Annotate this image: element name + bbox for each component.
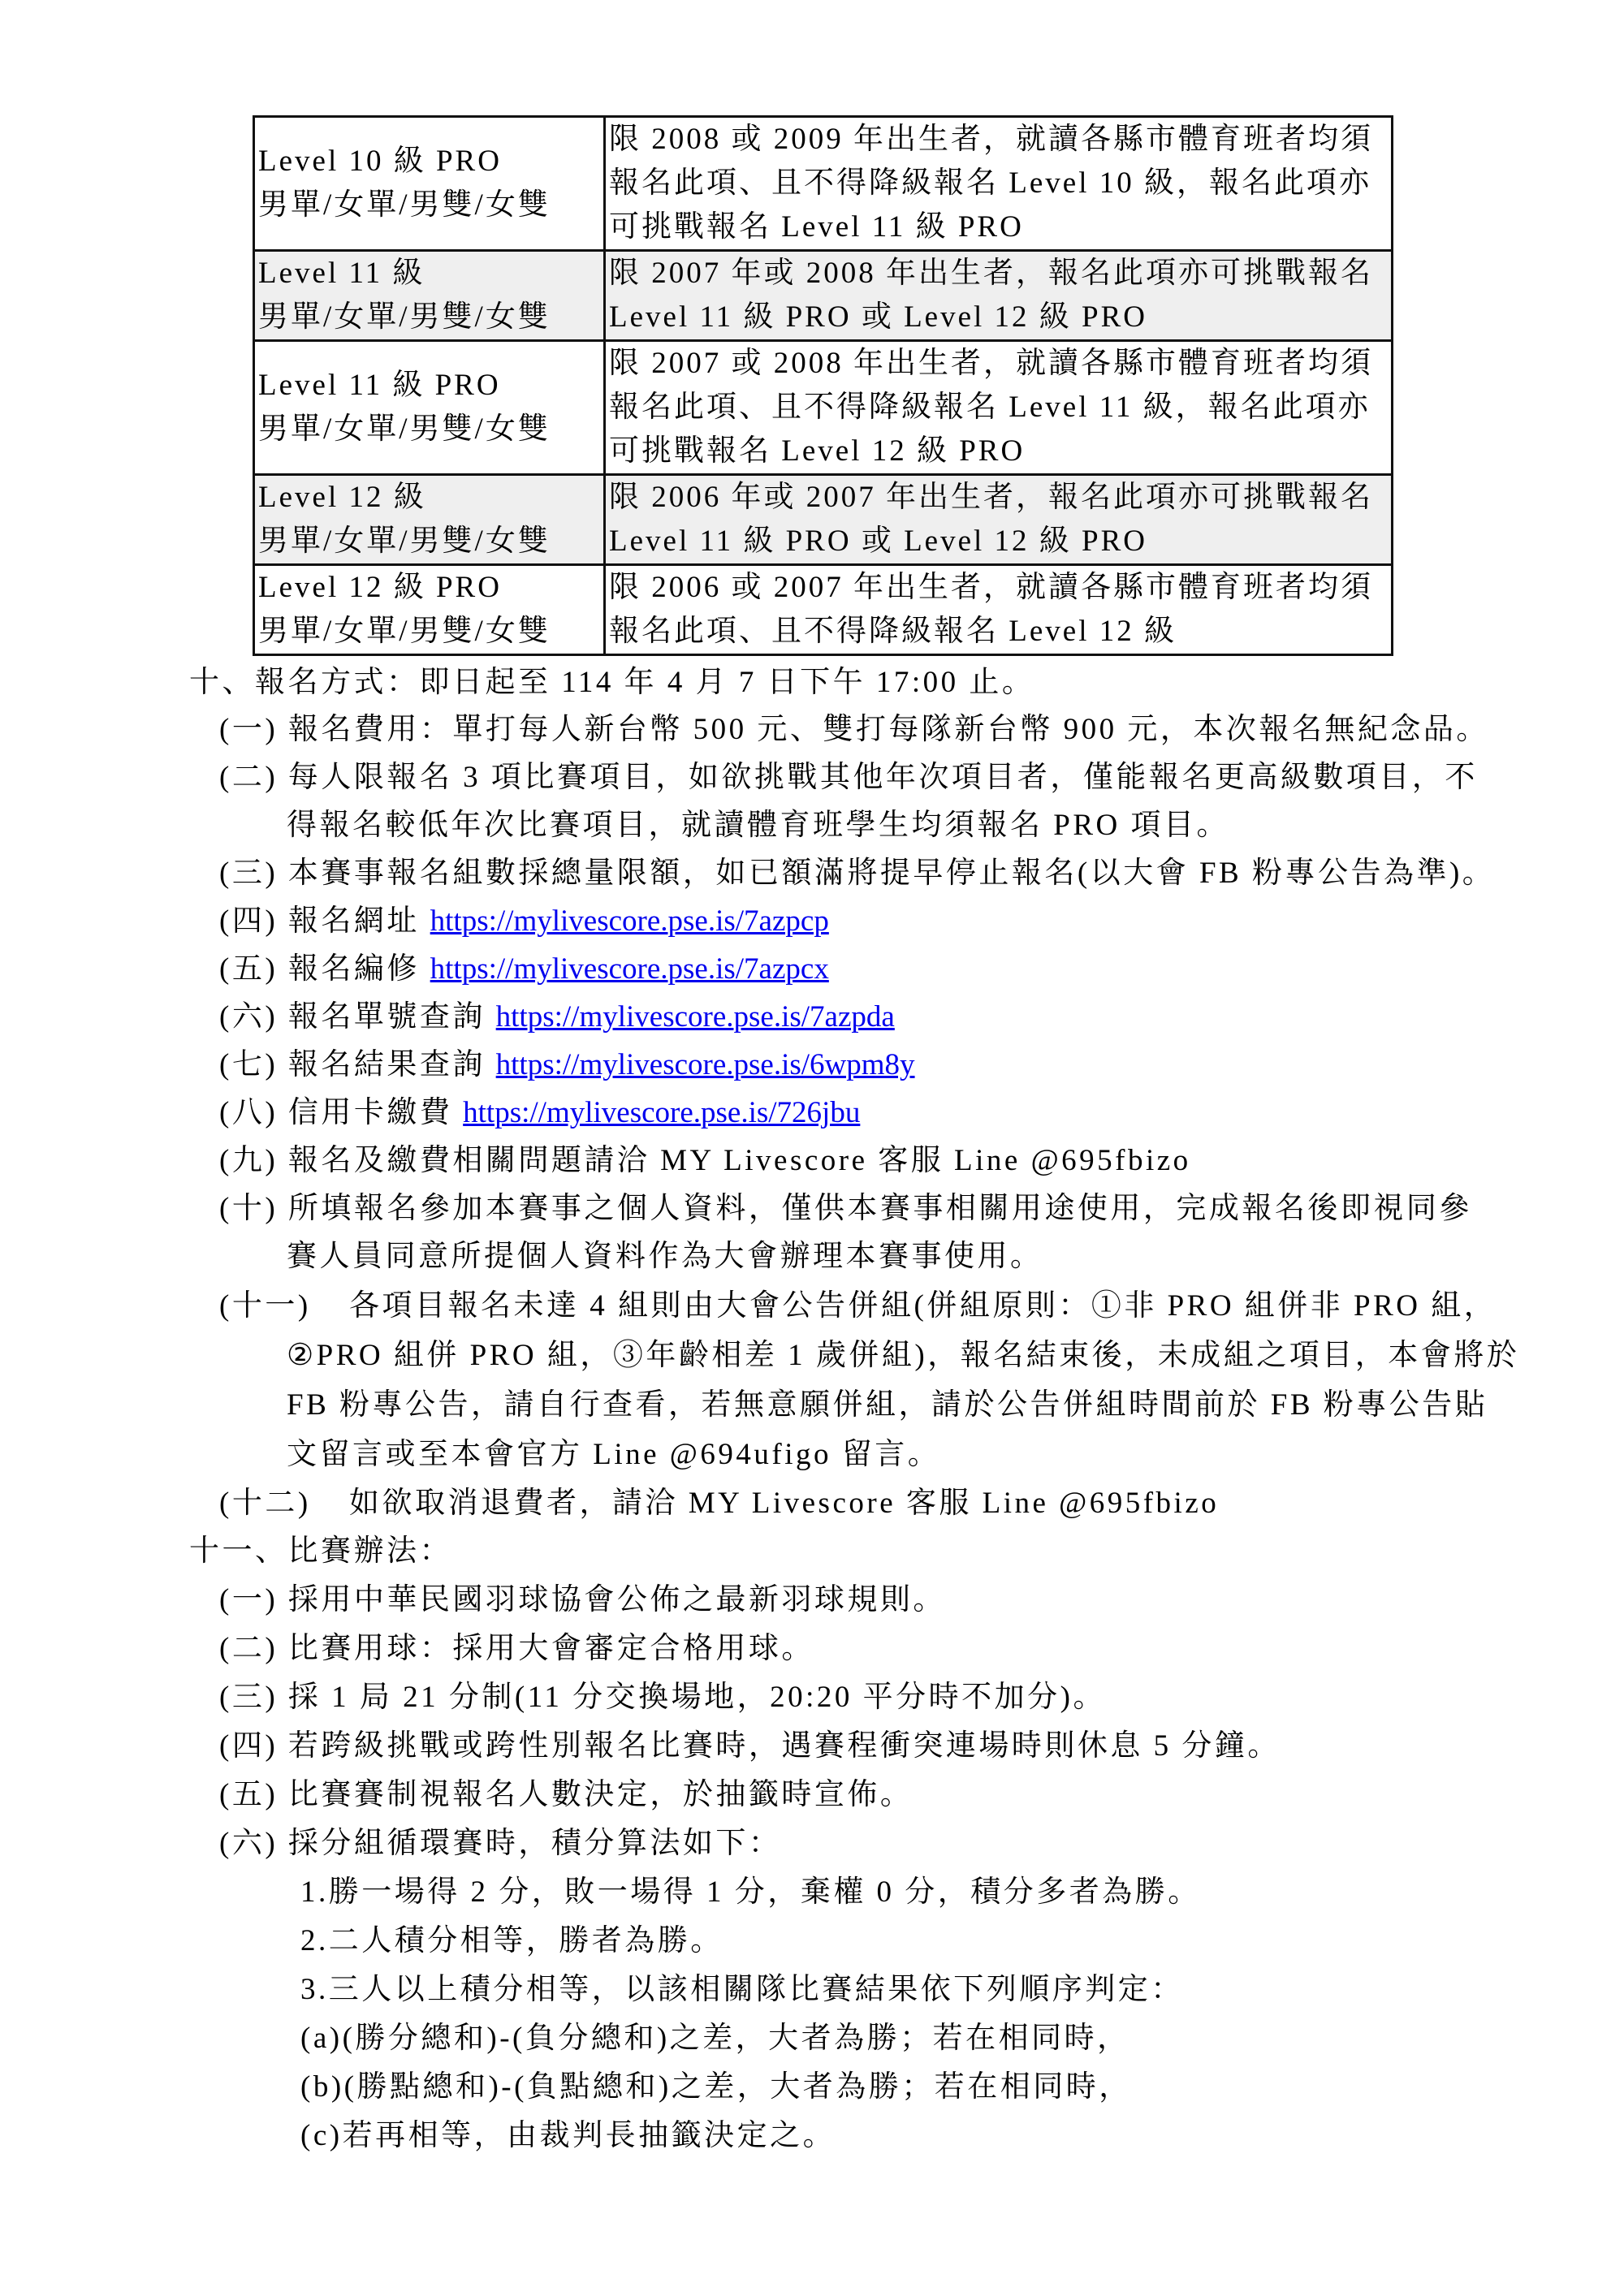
item-marker: (八) [219, 1089, 278, 1137]
item-text: 比賽賽制視報名人數決定，於抽籤時宣佈。 [288, 1778, 914, 1811]
item-marker: (六) [219, 1819, 278, 1867]
item-marker: (六) [219, 993, 278, 1041]
item-marker: (十) [219, 1185, 278, 1232]
level-events: 男單/女單/男雙/女雙 [258, 296, 600, 339]
eligibility-line: 限 2007 年或 2008 年出生者，報名此項亦可挑戰報名 [609, 252, 1388, 296]
eligibility-line: 限 2007 或 2008 年出生者，就讀各縣市體育班者均須 [609, 342, 1388, 386]
list-item-continuation: 賽人員同意所提個人資料作為大會辦理本賽事使用。 [287, 1232, 1043, 1280]
item-marker: (三) [219, 1673, 278, 1721]
level-name: Level 10 級 PRO [258, 140, 600, 183]
scoring-rule: 1.勝一場得 2 分，敗一場得 1 分，棄權 0 分，積分多者為勝。 [300, 1868, 1201, 1916]
item-text: 報名及繳費相關問題請洽 MY Livescore 客服 Line @695fbi… [288, 1144, 1191, 1177]
level-cell: Level 10 級 PRO 男單/女單/男雙/女雙 [254, 117, 605, 251]
list-item: (九) 報名及繳費相關問題請洽 MY Livescore 客服 Line @69… [219, 1137, 1191, 1185]
item-text: 報名費用：單打每人新台幣 500 元、雙打每隊新台幣 900 元，本次報名無紀念… [288, 713, 1489, 746]
registration-link[interactable]: https://mylivescore.pse.is/7azpcp [430, 904, 829, 938]
item-label: 報名結果查詢 [288, 1048, 486, 1081]
item-marker: (七) [219, 1041, 278, 1089]
list-item: (一) 報名費用：單打每人新台幣 500 元、雙打每隊新台幣 900 元，本次報… [219, 706, 1489, 753]
list-item: (三) 本賽事報名組數採總量限額，如已額滿將提早停止報名(以大會 FB 粉專公告… [219, 849, 1495, 897]
eligibility-line: 限 2006 年或 2007 年出生者，報名此項亦可挑戰報名 [609, 476, 1388, 520]
item-text: 比賽用球：採用大會審定合格用球。 [288, 1632, 814, 1665]
item-label: 信用卡繳費 [288, 1096, 453, 1129]
level-events: 男單/女單/男雙/女雙 [258, 408, 600, 451]
item-marker: (四) [219, 1722, 278, 1770]
eligibility-cell: 限 2006 或 2007 年出生者，就讀各縣市體育班者均須 報名此項、且不得降… [605, 565, 1393, 655]
credit-card-payment-link[interactable]: https://mylivescore.pse.is/726jbu [463, 1096, 860, 1129]
level-events: 男單/女單/男雙/女雙 [258, 520, 600, 563]
item-marker: (三) [219, 849, 278, 897]
eligibility-cell: 限 2006 年或 2007 年出生者，報名此項亦可挑戰報名 Level 11 … [605, 475, 1393, 565]
eligibility-line: 限 2008 或 2009 年出生者，就讀各縣市體育班者均須 [609, 118, 1388, 162]
list-item: (五) 比賽賽制視報名人數決定，於抽籤時宣佈。 [219, 1771, 913, 1819]
level-cell: Level 11 級 男單/女單/男雙/女雙 [254, 251, 605, 341]
registration-number-lookup-link[interactable]: https://mylivescore.pse.is/7azpda [496, 1000, 895, 1034]
eligibility-line: 報名此項、且不得降級報名 Level 12 級 [609, 610, 1388, 654]
item-label: 報名單號查詢 [288, 1000, 486, 1034]
eligibility-line: 可挑戰報名 Level 12 級 PRO [609, 429, 1388, 473]
eligibility-line: Level 11 級 PRO 或 Level 12 級 PRO [609, 520, 1388, 563]
document-page: Level 10 級 PRO 男單/女單/男雙/女雙 限 2008 或 2009… [0, 0, 1624, 2296]
eligibility-line: 限 2006 或 2007 年出生者，就讀各縣市體育班者均須 [609, 566, 1388, 610]
item-text: 本賽事報名組數採總量限額，如已額滿將提早停止報名(以大會 FB 粉專公告為準)。 [288, 857, 1495, 890]
level-name: Level 12 級 [258, 476, 600, 520]
section-heading-registration: 十、報名方式：即日起至 114 年 4 月 7 日下午 17:00 止。 [189, 658, 1034, 706]
list-item-continuation: 得報名較低年次比賽項目，就讀體育班學生均須報名 PRO 項目。 [287, 801, 1229, 849]
table-row: Level 12 級 PRO 男單/女單/男雙/女雙 限 2006 或 2007… [254, 565, 1393, 655]
item-label: 報名網址 [288, 904, 420, 938]
level-cell: Level 12 級 PRO 男單/女單/男雙/女雙 [254, 565, 605, 655]
edit-registration-link[interactable]: https://mylivescore.pse.is/7azpcx [430, 952, 829, 986]
level-events: 男單/女單/男雙/女雙 [258, 183, 600, 227]
item-marker: (二) [219, 753, 278, 801]
list-item-continuation: ②PRO 組併 PRO 組，③年齡相差 1 歲併組)，報名結束後，未成組之項目，… [287, 1331, 1519, 1379]
item-marker: (二) [219, 1625, 278, 1672]
list-item: (六) 報名單號查詢 https://mylivescore.pse.is/7a… [219, 993, 895, 1041]
item-marker: (十二) [219, 1479, 349, 1527]
eligibility-line: 報名此項、且不得降級報名 Level 11 級，報名此項亦 [609, 386, 1388, 429]
list-item-continuation: FB 粉專公告，請自行查看，若無意願併組，請於公告併組時間前於 FB 粉專公告貼 [287, 1381, 1488, 1429]
list-item: (四) 若跨級挑戰或跨性別報名比賽時，遇賽程衝突連場時則休息 5 分鐘。 [219, 1722, 1281, 1770]
list-item: (十一)各項目報名未達 4 組則由大會公告併組(併組原則：①非 PRO 組併非 … [219, 1282, 1497, 1330]
item-text: 若跨級挑戰或跨性別報名比賽時，遇賽程衝突連場時則休息 5 分鐘。 [288, 1729, 1281, 1763]
eligibility-line: 報名此項、且不得降級報名 Level 10 級，報名此項亦 [609, 162, 1388, 205]
level-cell: Level 12 級 男單/女單/男雙/女雙 [254, 475, 605, 565]
item-text: 各項目報名未達 4 組則由大會公告併組(併組原則：①非 PRO 組併非 PRO … [349, 1289, 1497, 1323]
registration-result-link[interactable]: https://mylivescore.pse.is/6wpm8y [496, 1048, 915, 1081]
list-item: (四) 報名網址 https://mylivescore.pse.is/7azp… [219, 897, 829, 945]
level-name: Level 11 級 [258, 252, 600, 296]
item-text: 採用中華民國羽球協會公佈之最新羽球規則。 [288, 1583, 946, 1616]
item-marker: (五) [219, 945, 278, 993]
item-marker: (五) [219, 1771, 278, 1819]
list-item: (三) 採 1 局 21 分制(11 分交換場地，20:20 平分時不加分)。 [219, 1673, 1106, 1721]
list-item: (二) 每人限報名 3 項比賽項目，如欲挑戰其他年次項目者，僅能報名更高級數項目… [219, 753, 1478, 801]
scoring-rule: (a)(勝分總和)-(負分總和)之差，大者為勝；若在相同時， [300, 2014, 1130, 2062]
section-heading-competition-rules: 十一、比賽辦法： [189, 1527, 452, 1575]
list-item-continuation: 文留言或至本會官方 Line @694ufigo 留言。 [287, 1431, 940, 1478]
eligibility-cell: 限 2007 年或 2008 年出生者，報名此項亦可挑戰報名 Level 11 … [605, 251, 1393, 341]
table-row: Level 12 級 男單/女單/男雙/女雙 限 2006 年或 2007 年出… [254, 475, 1393, 565]
level-eligibility-table: Level 10 級 PRO 男單/女單/男雙/女雙 限 2008 或 2009… [253, 115, 1393, 656]
item-marker: (一) [219, 1576, 278, 1624]
list-item: (五) 報名編修 https://mylivescore.pse.is/7azp… [219, 945, 829, 993]
level-name: Level 11 級 PRO [258, 364, 600, 408]
scoring-rule: (b)(勝點總和)-(負點總和)之差，大者為勝；若在相同時， [300, 2063, 1132, 2111]
item-text: 採 1 局 21 分制(11 分交換場地，20:20 平分時不加分)。 [288, 1681, 1106, 1714]
level-events: 男單/女單/男雙/女雙 [258, 610, 600, 654]
eligibility-cell: 限 2007 或 2008 年出生者，就讀各縣市體育班者均須 報名此項、且不得降… [605, 341, 1393, 475]
item-text: 如欲取消退費者，請洽 MY Livescore 客服 Line @695fbiz… [349, 1487, 1219, 1520]
table-row: Level 11 級 男單/女單/男雙/女雙 限 2007 年或 2008 年出… [254, 251, 1393, 341]
scoring-rule: 3.三人以上積分相等，以該相關隊比賽結果依下列順序判定： [300, 1966, 1184, 2013]
item-marker: (十一) [219, 1282, 349, 1330]
list-item: (七) 報名結果查詢 https://mylivescore.pse.is/6w… [219, 1041, 915, 1089]
item-marker: (一) [219, 706, 278, 753]
table-row: Level 10 級 PRO 男單/女單/男雙/女雙 限 2008 或 2009… [254, 117, 1393, 251]
item-label: 報名編修 [288, 952, 420, 986]
list-item: (六) 採分組循環賽時，積分算法如下： [219, 1819, 781, 1867]
item-marker: (九) [219, 1137, 278, 1185]
eligibility-line: 可挑戰報名 Level 11 級 PRO [609, 205, 1388, 249]
list-item: (一) 採用中華民國羽球協會公佈之最新羽球規則。 [219, 1576, 946, 1624]
eligibility-cell: 限 2008 或 2009 年出生者，就讀各縣市體育班者均須 報名此項、且不得降… [605, 117, 1393, 251]
list-item: (十) 所填報名參加本賽事之個人資料，僅供本賽事相關用途使用，完成報名後即視同參 [219, 1185, 1472, 1232]
level-cell: Level 11 級 PRO 男單/女單/男雙/女雙 [254, 341, 605, 475]
list-item: (二) 比賽用球：採用大會審定合格用球。 [219, 1625, 814, 1672]
list-item: (八) 信用卡繳費 https://mylivescore.pse.is/726… [219, 1089, 860, 1137]
table-row: Level 11 級 PRO 男單/女單/男雙/女雙 限 2007 或 2008… [254, 341, 1393, 475]
item-text: 所填報名參加本賽事之個人資料，僅供本賽事相關用途使用，完成報名後即視同參 [288, 1192, 1472, 1225]
item-text: 採分組循環賽時，積分算法如下： [288, 1827, 782, 1860]
item-marker: (四) [219, 897, 278, 945]
item-text: 每人限報名 3 項比賽項目，如欲挑戰其他年次項目者，僅能報名更高級數項目，不 [288, 761, 1478, 794]
scoring-rule: (c)若再相等，由裁判長抽籤決定之。 [300, 2112, 836, 2160]
eligibility-line: Level 11 級 PRO 或 Level 12 級 PRO [609, 296, 1388, 339]
list-item: (十二)如欲取消退費者，請洽 MY Livescore 客服 Line @695… [219, 1479, 1219, 1527]
scoring-rule: 2.二人積分相等，勝者為勝。 [300, 1917, 723, 1965]
level-name: Level 12 級 PRO [258, 566, 600, 610]
